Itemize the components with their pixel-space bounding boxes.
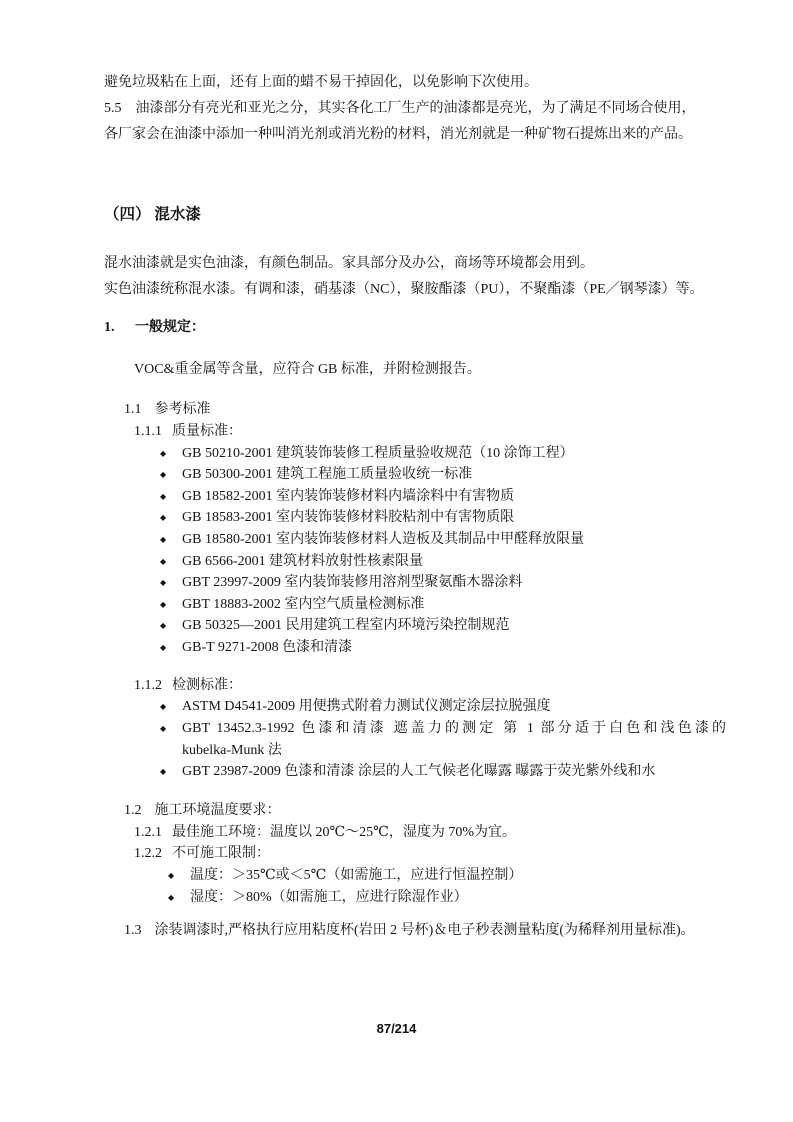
clause-number: 1.1.2 — [134, 675, 162, 697]
list-item: ◆ GB 6566-2001 建筑材料放射性核素限量 — [160, 551, 726, 573]
diamond-bullet-icon: ◆ — [160, 464, 182, 486]
diamond-bullet-icon: ◆ — [160, 615, 182, 637]
clause-1-3: 1.3 涂装调漆时,严格执行应用粘度杯(岩田 2 号杯)＆电子秒表测量粘度(为稀… — [124, 920, 726, 942]
list-item-continuation: kubelka-Munk 法 — [182, 740, 726, 762]
standard-reference: GB 50300-2001 建筑工程施工质量验收统一标准 — [182, 464, 726, 486]
diamond-bullet-icon: ◆ — [160, 507, 182, 529]
standard-reference: GBT 13452.3-1992 色漆和清漆 遮盖力的测定 第 1 部分适于白色… — [182, 718, 726, 740]
standard-reference: GB 18582-2001 室内装饰装修材料内墙涂料中有害物质 — [182, 486, 726, 508]
page-content: 避免垃圾粘在上面，还有上面的蜡不易干掉固化，以免影响下次使用。 5.5 油漆部分… — [104, 70, 726, 942]
diamond-bullet-icon: ◆ — [160, 637, 182, 659]
clause-1-2: 1.2 施工环境温度要求： — [124, 800, 726, 822]
list-item: ◆ 湿度：＞80%（如需施工，应进行除湿作业） — [168, 887, 726, 909]
diamond-bullet-icon: ◆ — [160, 572, 182, 594]
list-item: ◆ GB 50300-2001 建筑工程施工质量验收统一标准 — [160, 464, 726, 486]
clause-number: 1.1 — [124, 399, 142, 421]
section-paragraph: 实色油漆统称混水漆。有调和漆，硝基漆（NC），聚胺酯漆（PU），不聚酯漆（PE／… — [104, 277, 726, 303]
clause-title: 质量标准： — [172, 421, 242, 443]
list-item: ◆ GB 50210-2001 建筑装饰装修工程质量验收规范（10 涂饰工程） — [160, 443, 726, 465]
heading-title: 一般规定： — [135, 317, 205, 338]
diamond-bullet-icon: ◆ — [160, 551, 182, 573]
clause-1-1-2: 1.1.2 检测标准： — [134, 675, 726, 697]
limit-item: 温度：＞35℃或＜5℃（如需施工，应进行恒温控制） — [190, 865, 726, 887]
list-item: ◆ GB 18580-2001 室内装饰装修材料人造板及其制品中甲醛释放限量 — [160, 529, 726, 551]
clause-text: 最佳施工环境：温度以 20℃～25℃，湿度为 70%为宜。 — [172, 822, 516, 844]
diamond-bullet-icon: ◆ — [168, 865, 190, 887]
page-number: 87/214 — [0, 1021, 793, 1036]
section-paragraph: 混水油漆就是实色油漆，有颜色制品。家具部分及办公，商场等环境都会用到。 — [104, 251, 726, 277]
clause-number: 1.2.1 — [134, 822, 162, 844]
list-item: ◆ GBT 23997-2009 室内装饰装修用溶剂型聚氨酯木器涂料 — [160, 572, 726, 594]
list-item: ◆ GBT 18883-2002 室内空气质量检测标准 — [160, 594, 726, 616]
standard-reference: GB 18583-2001 室内装饰装修材料胶粘剂中有害物质限 — [182, 507, 726, 529]
list-item: ◆ GBT 23987-2009 色漆和清漆 涂层的人工气候老化曝露 曝露于荧光… — [160, 761, 726, 783]
clause-number: 1.2 — [124, 800, 142, 822]
list-item: ◆ GB-T 9271-2008 色漆和清漆 — [160, 637, 726, 659]
clause-1-2-2: 1.2.2 不可施工限制： — [134, 843, 726, 865]
clause-number: 1.2.2 — [134, 843, 162, 865]
standard-reference: GB-T 9271-2008 色漆和清漆 — [182, 637, 726, 659]
clause-title: 施工环境温度要求： — [155, 800, 281, 822]
standard-reference: GB 50325—2001 民用建筑工程室内环境污染控制规范 — [182, 615, 726, 637]
list-item: ◆ GBT 13452.3-1992 色漆和清漆 遮盖力的测定 第 1 部分适于… — [160, 718, 726, 740]
paragraph-line: 避免垃圾粘在上面，还有上面的蜡不易干掉固化，以免影响下次使用。 — [104, 70, 726, 96]
standard-reference: ASTM D4541-2009 用便携式附着力测试仪测定涂层拉脱强度 — [182, 696, 726, 718]
diamond-bullet-icon: ◆ — [168, 887, 190, 909]
heading-number: 1. — [104, 317, 135, 338]
clause-number: 1.1.1 — [134, 421, 162, 443]
list-item: ◆ 温度：＞35℃或＜5℃（如需施工，应进行恒温控制） — [168, 865, 726, 887]
document-page: 避免垃圾粘在上面，还有上面的蜡不易干掉固化，以免影响下次使用。 5.5 油漆部分… — [0, 0, 793, 1122]
clause-text: 涂装调漆时,严格执行应用粘度杯(岩田 2 号杯)＆电子秒表测量粘度(为稀释剂用量… — [155, 920, 695, 942]
clause-1-1: 1.1 参考标准 — [124, 399, 726, 421]
clause-1-1-1: 1.1.1 质量标准： — [134, 421, 726, 443]
diamond-bullet-icon: ◆ — [160, 443, 182, 465]
clause-title: 不可施工限制： — [172, 843, 270, 865]
standard-reference: GB 18580-2001 室内装饰装修材料人造板及其制品中甲醛释放限量 — [182, 529, 726, 551]
standard-reference: GBT 18883-2002 室内空气质量检测标准 — [182, 594, 726, 616]
diamond-bullet-icon: ◆ — [160, 718, 182, 740]
diamond-bullet-icon: ◆ — [160, 696, 182, 718]
voc-note: VOC&重金属等含量，应符合 GB 标准，并附检测报告。 — [134, 359, 726, 380]
standard-reference: GBT 23997-2009 室内装饰装修用溶剂型聚氨酯木器涂料 — [182, 572, 726, 594]
paragraph-line: 各厂家会在油漆中添加一种叫消光剂或消光粉的材料，消光剂就是一种矿物石提炼出来的产… — [104, 122, 726, 148]
list-item: ◆ GB 18582-2001 室内装饰装修材料内墙涂料中有害物质 — [160, 486, 726, 508]
clause-title: 参考标准 — [155, 399, 211, 421]
diamond-bullet-icon: ◆ — [160, 486, 182, 508]
list-item: ◆ GB 50325—2001 民用建筑工程室内环境污染控制规范 — [160, 615, 726, 637]
limit-item: 湿度：＞80%（如需施工，应进行除湿作业） — [190, 887, 726, 909]
standard-reference: GB 50210-2001 建筑装饰装修工程质量验收规范（10 涂饰工程） — [182, 443, 726, 465]
diamond-bullet-icon: ◆ — [160, 761, 182, 783]
standard-reference: GBT 23987-2009 色漆和清漆 涂层的人工气候老化曝露 曝露于荧光紫外… — [182, 761, 726, 783]
section-heading: （四） 混水漆 — [104, 204, 726, 226]
diamond-bullet-icon: ◆ — [160, 529, 182, 551]
clause-5-5-line: 5.5 油漆部分有亮光和亚光之分，其实各化工厂生产的油漆都是亮光，为了满足不同场… — [104, 96, 726, 122]
list-item: ◆ GB 18583-2001 室内装饰装修材料胶粘剂中有害物质限 — [160, 507, 726, 529]
clause-title: 检测标准： — [172, 675, 242, 697]
list-item: ◆ ASTM D4541-2009 用便携式附着力测试仪测定涂层拉脱强度 — [160, 696, 726, 718]
general-rules-heading: 1. 一般规定： — [104, 317, 726, 338]
standard-reference: GB 6566-2001 建筑材料放射性核素限量 — [182, 551, 726, 573]
diamond-bullet-icon: ◆ — [160, 594, 182, 616]
clause-number: 1.3 — [124, 920, 142, 942]
clause-1-2-1: 1.2.1 最佳施工环境：温度以 20℃～25℃，湿度为 70%为宜。 — [134, 822, 726, 844]
